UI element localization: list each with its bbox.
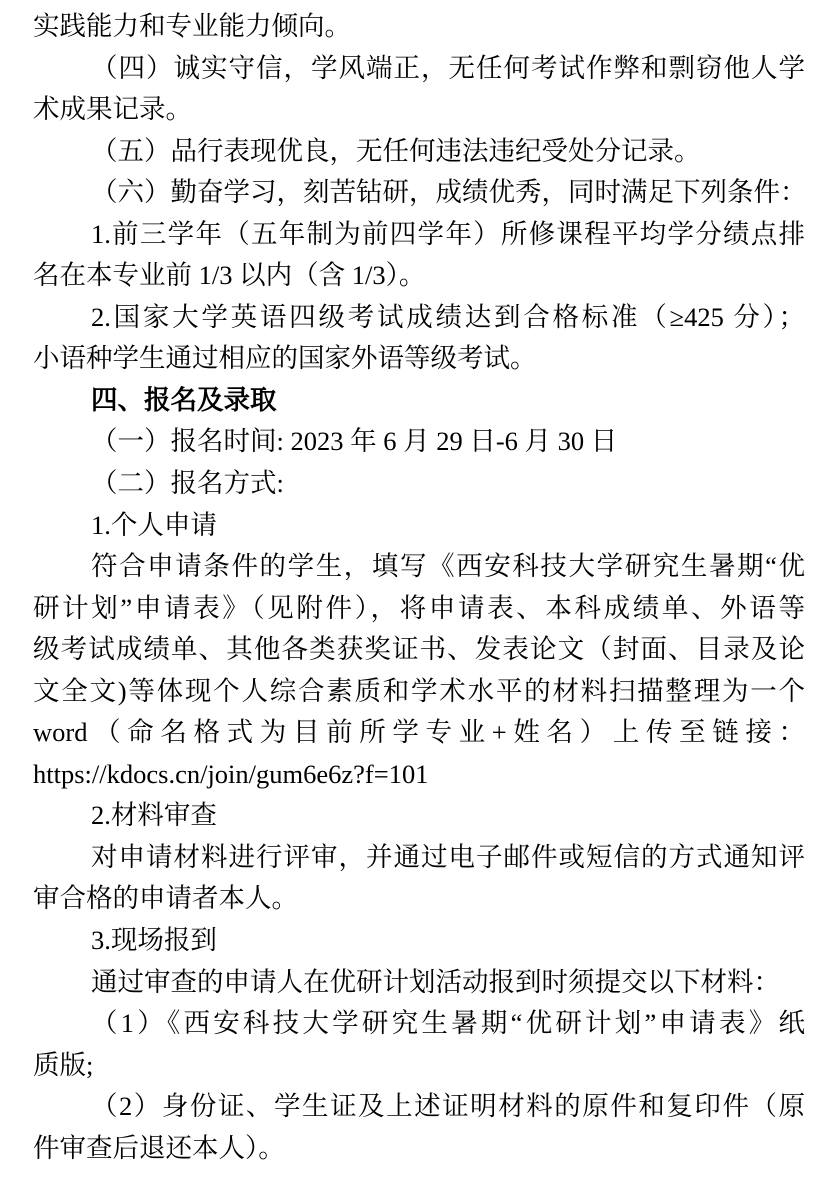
application-instructions-line-3: 级考试成绩单、其他各类获奖证书、发表论文（封面、目录及论: [33, 629, 805, 671]
application-instructions-line-1: 符合申请条件的学生，填写《西安科技大学研究生暑期“优: [33, 546, 805, 588]
condition-2-cet4-cont: 小语种学生通过相应的国家外语等级考试。: [33, 338, 805, 380]
step-2-material-review: 2.材料审查: [33, 795, 805, 837]
condition-1-gpa: 1.前三学年（五年制为前四学年）所修课程平均学分绩点排: [33, 214, 805, 256]
checkin-material-1: （1）《西安科技大学研究生暑期“优研计划”申请表》纸: [33, 1003, 805, 1045]
item-4-integrity-cont: 术成果记录。: [33, 89, 805, 131]
condition-2-cet4: 2.国家大学英语四级考试成绩达到合格标准（≥425 分）；: [33, 297, 805, 339]
material-review-line-2: 审合格的申请者本人。: [33, 878, 805, 920]
application-instructions-line-4: 文全文)等体现个人综合素质和学术水平的材料扫描整理为一个: [33, 671, 805, 713]
step-1-personal-application: 1.个人申请: [33, 505, 805, 547]
registration-time: （一）报名时间: 2023 年 6 月 29 日-6 月 30 日: [33, 421, 805, 463]
condition-1-gpa-cont: 名在本专业前 1/3 以内（含 1/3）。: [33, 255, 805, 297]
application-instructions-line-5: word（命名格式为目前所学专业+姓名）上传至链接：: [33, 712, 805, 754]
checkin-material-2-cont: 件审查后退还本人）。: [33, 1128, 805, 1170]
step-3-onsite-checkin: 3.现场报到: [33, 920, 805, 962]
material-review-line-1: 对申请材料进行评审，并通过电子邮件或短信的方式通知评: [33, 837, 805, 879]
checkin-materials-intro: 通过审查的申请人在优研计划活动报到时须提交以下材料：: [33, 962, 805, 1004]
checkin-material-2: （2）身份证、学生证及上述证明材料的原件和复印件（原: [33, 1086, 805, 1128]
section-heading-registration: 四、报名及录取: [33, 380, 805, 422]
paragraph-tail-practical-ability: 实践能力和专业能力倾向。: [33, 6, 805, 48]
item-6-study-conditions: （六）勤奋学习，刻苦钻研，成绩优秀，同时满足下列条件：: [33, 172, 805, 214]
registration-method: （二）报名方式:: [33, 463, 805, 505]
upload-link-url[interactable]: https://kdocs.cn/join/gum6e6z?f=101: [33, 754, 805, 796]
checkin-material-1-cont: 质版;: [33, 1045, 805, 1087]
application-instructions-line-2: 研计划”申请表》（见附件），将申请表、本科成绩单、外语等: [33, 588, 805, 630]
item-4-integrity: （四）诚实守信，学风端正，无任何考试作弊和剽窃他人学: [33, 48, 805, 90]
document-page: 实践能力和专业能力倾向。（四）诚实守信，学风端正，无任何考试作弊和剽窃他人学术成…: [0, 0, 832, 1200]
item-5-conduct: （五）品行表现优良，无任何违法违纪受处分记录。: [33, 131, 805, 173]
